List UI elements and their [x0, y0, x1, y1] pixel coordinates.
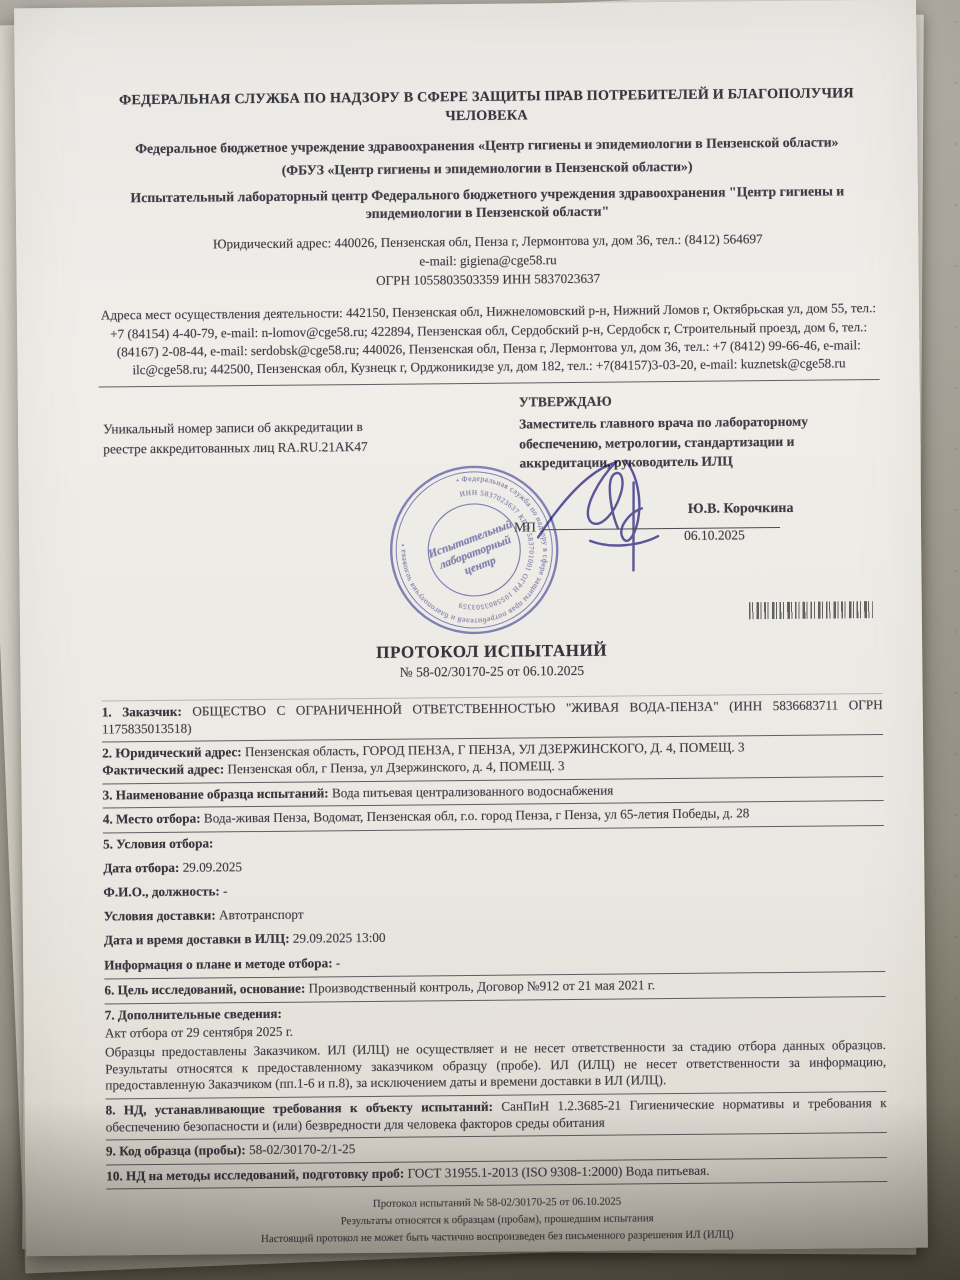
federal-service-header: ФЕДЕРАЛЬНАЯ СЛУЖБА ПО НАДЗОРУ В СФЕРЕ ЗА… — [96, 84, 877, 129]
item-value: ОБЩЕСТВО С ОГРАНИЧЕННОЙ ОТВЕТСТВЕННОСТЬЮ… — [102, 697, 883, 736]
item-label: 6. Цель исследований, основание: — [104, 981, 308, 998]
item-value: - — [336, 955, 341, 970]
organization-name: Федеральное бюджетное учреждение здравоо… — [96, 134, 877, 160]
protocol-item-line: Ф.И.О., должность: - — [103, 877, 884, 901]
item-value: 29.09.2025 13:00 — [293, 930, 386, 946]
protocol-item-line: 9. Код образца (пробы): 58-02/30170-2/1-… — [106, 1136, 887, 1160]
item-label: 10. НД на методы исследований, подготовк… — [106, 1165, 407, 1183]
item-value: 29.09.2025 — [183, 859, 242, 875]
testing-lab-center-name: Испытательный лабораторный центр Федерал… — [97, 182, 878, 226]
accreditation-number: Уникальный номер записи об аккредитации … — [103, 417, 403, 460]
protocol-item: 7. Дополнительные сведения: Акт отбора о… — [105, 997, 887, 1100]
item-label: Условия доставки: — [104, 908, 219, 924]
activity-addresses: Адреса мест осуществления деятельности: … — [98, 299, 880, 379]
item-value: Производственный контроль, Договор №912 … — [309, 977, 656, 995]
protocol-title-block: ПРОТОКОЛ ИСПЫТАНИЙ № 58-02/30170-25 от 0… — [101, 638, 882, 683]
signature — [529, 448, 700, 580]
item-label: Дата отбора: — [103, 860, 183, 876]
approval-heading: УТВЕРЖДАЮ — [519, 389, 885, 412]
protocol-item-line: 10. НД на методы исследований, подготовк… — [106, 1161, 887, 1185]
protocol-item-line: Образцы предоставлены Заказчиком. ИЛ (ИЛ… — [105, 1037, 886, 1094]
item-label: 2. Юридический адрес: — [102, 745, 245, 761]
protocol-item-line: 8. НД, устанавливающие требования к объе… — [106, 1095, 887, 1136]
protocol-item-line: Информация о плане и методе отбора: - — [104, 950, 885, 974]
legal-address-block: Юридический адрес: 440026, Пензенская об… — [97, 229, 879, 293]
protocol-item-line: 3. Наименование образца испытаний: Вода … — [103, 780, 884, 804]
protocol-item-line: 4. Место отбора: Вода-живая Пенза, Водом… — [103, 804, 884, 828]
protocol-item-line: Дата отбора: 29.09.2025 — [103, 853, 884, 877]
item-value: Акт отбора от 29 сентября 2025 г. — [105, 1024, 293, 1041]
protocol-item-line: Условия доставки: Автотранспорт — [104, 901, 885, 925]
organization-short-name: (ФБУЗ «Центр гигиены и эпидемиологии в П… — [97, 157, 878, 180]
approval-date: 06.10.2025 — [684, 527, 745, 544]
item-label: 1. Заказчик: — [102, 704, 193, 720]
item-label: Ф.И.О., должность: — [103, 884, 223, 900]
document-footer: Протокол испытаний № 58-02/30170-25 от 0… — [106, 1191, 887, 1249]
item-value: Вода питьевая централизованного водоснаб… — [332, 782, 614, 800]
item-label: Фактический адрес: — [102, 761, 227, 777]
protocol-item-line: 1. Заказчик: ОБЩЕСТВО С ОГРАНИЧЕННОЙ ОТВ… — [102, 697, 883, 738]
protocol-item-line: Дата и время доставки в ИЛЦ: 29.09.2025 … — [104, 925, 885, 949]
protocol-items-table: 1. Заказчик: ОБЩЕСТВО С ОГРАНИЧЕННОЙ ОТВ… — [102, 693, 888, 1190]
item-value: Автотранспорт — [219, 907, 304, 923]
item-value: ГОСТ 31955.1-2013 (ISO 9308-1:2000) Вода… — [407, 1162, 709, 1180]
protocol-item-line: 6. Цель исследований, основание: Произво… — [104, 975, 885, 999]
item-label: Дата и время доставки в ИЛЦ: — [104, 931, 293, 948]
item-label: 3. Наименование образца испытаний: — [103, 785, 333, 802]
item-value: Вода-живая Пенза, Водомат, Пензенская об… — [204, 806, 750, 826]
item-value: Образцы предоставлены Заказчиком. ИЛ (ИЛ… — [105, 1037, 886, 1093]
item-value: - — [223, 883, 228, 898]
item-value: Пензенская обл, г Пенза, ул Дзержинского… — [227, 758, 564, 776]
item-label: Информация о плане и методе отбора: — [104, 955, 336, 972]
item-value: 58-02/30170-2/1-25 — [249, 1141, 355, 1157]
protocol-document: ФЕДЕРАЛЬНАЯ СЛУЖБА ПО НАДЗОРУ В СФЕРЕ ЗА… — [14, 0, 928, 1256]
seal-place-label: МП — [514, 520, 536, 536]
photo-background: ФЕДЕРАЛЬНАЯ СЛУЖБА ПО НАДЗОРУ В СФЕРЕ ЗА… — [0, 0, 960, 1280]
protocol-item-line: 5. Условия отбора: — [103, 829, 884, 853]
item-value: Пензенская область, ГОРОД ПЕНЗА, Г ПЕНЗА… — [245, 740, 745, 760]
item-label: 5. Условия отбора: — [103, 835, 213, 851]
barcode — [749, 601, 873, 619]
approver-name: Ю.В. Корочкина — [688, 501, 794, 518]
protocol-item: 5. Условия отбора: Дата отбора: 29.09.20… — [103, 826, 885, 980]
item-label: 9. Код образца (пробы): — [106, 1142, 249, 1158]
item-label: 7. Дополнительные сведения: — [105, 1006, 282, 1023]
item-label: 4. Место отбора: — [103, 811, 204, 827]
approval-section: Уникальный номер записи об аккредитации … — [99, 380, 882, 639]
item-label: 8. НД, устанавливающие требования к объе… — [106, 1099, 502, 1118]
